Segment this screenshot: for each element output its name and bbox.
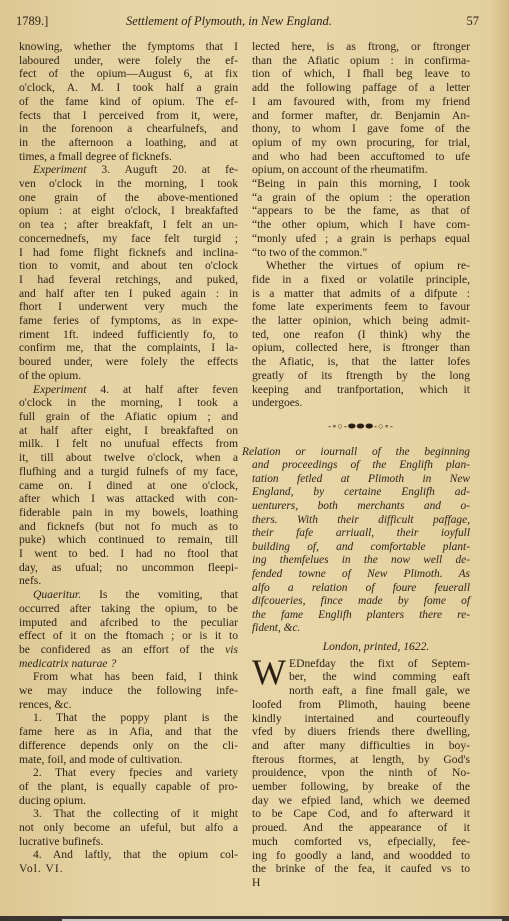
paragraph-experiment-3: Experiment 3. Auguft 20. at fe- ven o'cl… bbox=[19, 163, 238, 382]
running-head: 1789.] Settlement of Plymouth, in New En… bbox=[16, 14, 479, 30]
imprint-line: London, printed, 1622. bbox=[282, 640, 470, 654]
running-head-title: Settlement of Plymouth, in New England. bbox=[126, 14, 332, 29]
gathering-signature: H bbox=[252, 876, 470, 890]
section-ornament: -∘○-⬬⬬⬬-○∘- bbox=[252, 420, 470, 434]
running-head-year: 1789.] bbox=[16, 14, 48, 29]
viewer-bottom-edge bbox=[0, 916, 509, 921]
relation-title: Relation or iournall of the beginning an… bbox=[252, 446, 470, 636]
paragraph-opium-strength: lected here, is as ftrong, or ftronger t… bbox=[252, 40, 470, 177]
experiment-3-label: Experiment bbox=[33, 163, 86, 176]
inference-2: 2. That every fpecies and variety of the… bbox=[19, 766, 238, 807]
paragraph-virtues: Whether the virtues of opium re- fide in… bbox=[252, 259, 470, 410]
page-number: 57 bbox=[467, 14, 480, 29]
left-column: knowing, whether the fymptoms that I lab… bbox=[19, 40, 238, 876]
volume-signature: Vol. VI. bbox=[19, 862, 238, 876]
right-column: lected here, is as ftrong, or ftronger t… bbox=[252, 40, 470, 890]
quaeritur-label: Quaeritur. bbox=[33, 588, 81, 601]
inference-3: 3. That the collecting of it might not o… bbox=[19, 807, 238, 848]
quotation-letter: “Being in pain this morning, I took “a g… bbox=[252, 177, 470, 259]
paragraph-experiment-2-end: knowing, whether the fymptoms that I lab… bbox=[19, 40, 238, 163]
journal-opening: W EDnefday the fixt of Septem- ber, the … bbox=[252, 657, 470, 876]
drop-cap: W bbox=[252, 658, 286, 686]
inference-1: 1. That the poppy plant is the fame here… bbox=[19, 711, 238, 766]
paragraph-quaeritur: Quaeritur. Is the vomiting, that occurre… bbox=[19, 588, 238, 670]
book-page: 1789.] Settlement of Plymouth, in New En… bbox=[0, 0, 509, 916]
inference-4: 4. And laftly, that the opium col- bbox=[19, 848, 238, 862]
paragraph-inferences-intro: From what has been faid, I think we may … bbox=[19, 670, 238, 711]
experiment-4-label: Experiment bbox=[33, 383, 86, 396]
paragraph-experiment-4: Experiment 4. at half after feven o'cloc… bbox=[19, 383, 238, 589]
